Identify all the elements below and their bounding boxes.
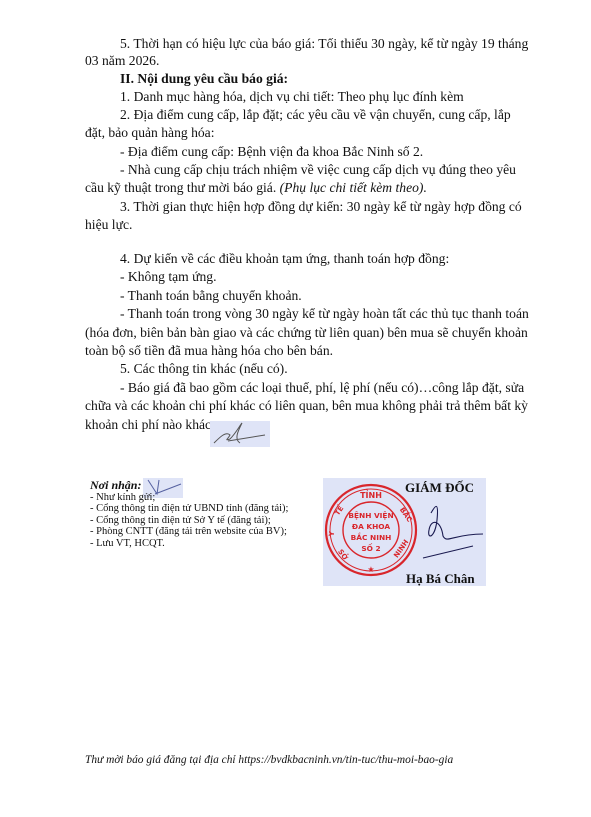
item-2: 2. Địa điểm cung cấp, lắp đặt; các yêu c… xyxy=(120,106,538,123)
svg-text:BỆNH VIỆN: BỆNH VIỆN xyxy=(348,511,393,520)
validity-line-cont: 03 năm 2026. xyxy=(85,52,503,69)
supplier-line: - Nhà cung cấp chịu trách nhiệm về việc … xyxy=(120,161,538,178)
svg-text:ĐA KHOA: ĐA KHOA xyxy=(352,522,390,531)
payment-line: - Thanh toán trong vòng 30 ngày kể từ ng… xyxy=(120,305,538,322)
footer-note: Thư mời báo giá đăng tại địa chỉ https:/… xyxy=(85,754,453,766)
item-3: 3. Thời gian thực hiện hợp đồng dự kiến:… xyxy=(120,198,538,215)
recipient-item: - Như kính gửi; xyxy=(90,492,288,504)
document-page: 5. Thời hạn có hiệu lực của báo giá: Tối… xyxy=(0,0,591,817)
validity-line: 5. Thời hạn có hiệu lực của báo giá: Tối… xyxy=(120,35,538,52)
no-advance-line: - Không tạm ứng. xyxy=(120,268,538,285)
item-1: 1. Danh mục hàng hóa, dịch vụ chi tiết: … xyxy=(120,88,538,105)
section-heading: II. Nội dung yêu cầu báo giá: xyxy=(120,70,538,87)
svg-text:SỐ 2: SỐ 2 xyxy=(361,543,380,553)
svg-text:BẮC NINH: BẮC NINH xyxy=(351,532,392,542)
tax-line-cont: chữa và các khoản chi phí khác có liên q… xyxy=(85,397,503,414)
tax-line: - Báo giá đã bao gồm các loại thuế, phí,… xyxy=(120,379,538,396)
recipients-title: Nơi nhận: xyxy=(90,480,288,492)
supplier-text: cầu kỹ thuật trong thư mời báo giá. xyxy=(85,180,280,195)
recipient-item: - Phòng CNTT (đăng tải trên website của … xyxy=(90,526,288,538)
svg-text:TỈNH: TỈNH xyxy=(360,489,382,500)
director-title: GIÁM ĐỐC xyxy=(405,480,474,496)
item-4: 4. Dự kiến về các điều khoản tạm ứng, th… xyxy=(120,250,538,267)
tax-line-end: khoản chi phí nào khác. xyxy=(85,416,503,433)
transfer-line: - Thanh toán bằng chuyển khoản. xyxy=(120,287,538,304)
location-line: - Địa điểm cung cấp: Bệnh viện đa khoa B… xyxy=(120,143,538,160)
svg-text:Y: Y xyxy=(328,530,337,538)
recipient-item: - Cổng thông tin điện tử UBND tỉnh (đăng… xyxy=(90,503,288,515)
payment-line-end: toàn bộ số tiền đã mua hàng hóa cho bên … xyxy=(85,342,503,359)
signature-scribble-icon xyxy=(210,421,270,447)
payment-line-cont: (hóa đơn, biên bản bàn giao và các chứng… xyxy=(85,324,503,341)
director-name: Hạ Bá Chân xyxy=(406,571,475,587)
appendix-note: (Phụ lục chi tiết kèm theo). xyxy=(280,180,427,195)
recipients-block: Nơi nhận: - Như kính gửi; - Cổng thông t… xyxy=(90,480,288,550)
item-3-cont: hiệu lực. xyxy=(85,216,503,233)
item-2-cont: đặt, bảo quản hàng hóa: xyxy=(85,124,503,141)
item-5: 5. Các thông tin khác (nếu có). xyxy=(120,360,538,377)
recipient-item: - Cổng thông tin điện tử Sở Y tế (đăng t… xyxy=(90,515,288,527)
recipient-item: - Lưu VT, HCQT. xyxy=(90,538,288,550)
initial-signature xyxy=(210,421,270,447)
supplier-line-cont: cầu kỹ thuật trong thư mời báo giá. (Phụ… xyxy=(85,179,503,196)
svg-text:★: ★ xyxy=(367,565,374,574)
